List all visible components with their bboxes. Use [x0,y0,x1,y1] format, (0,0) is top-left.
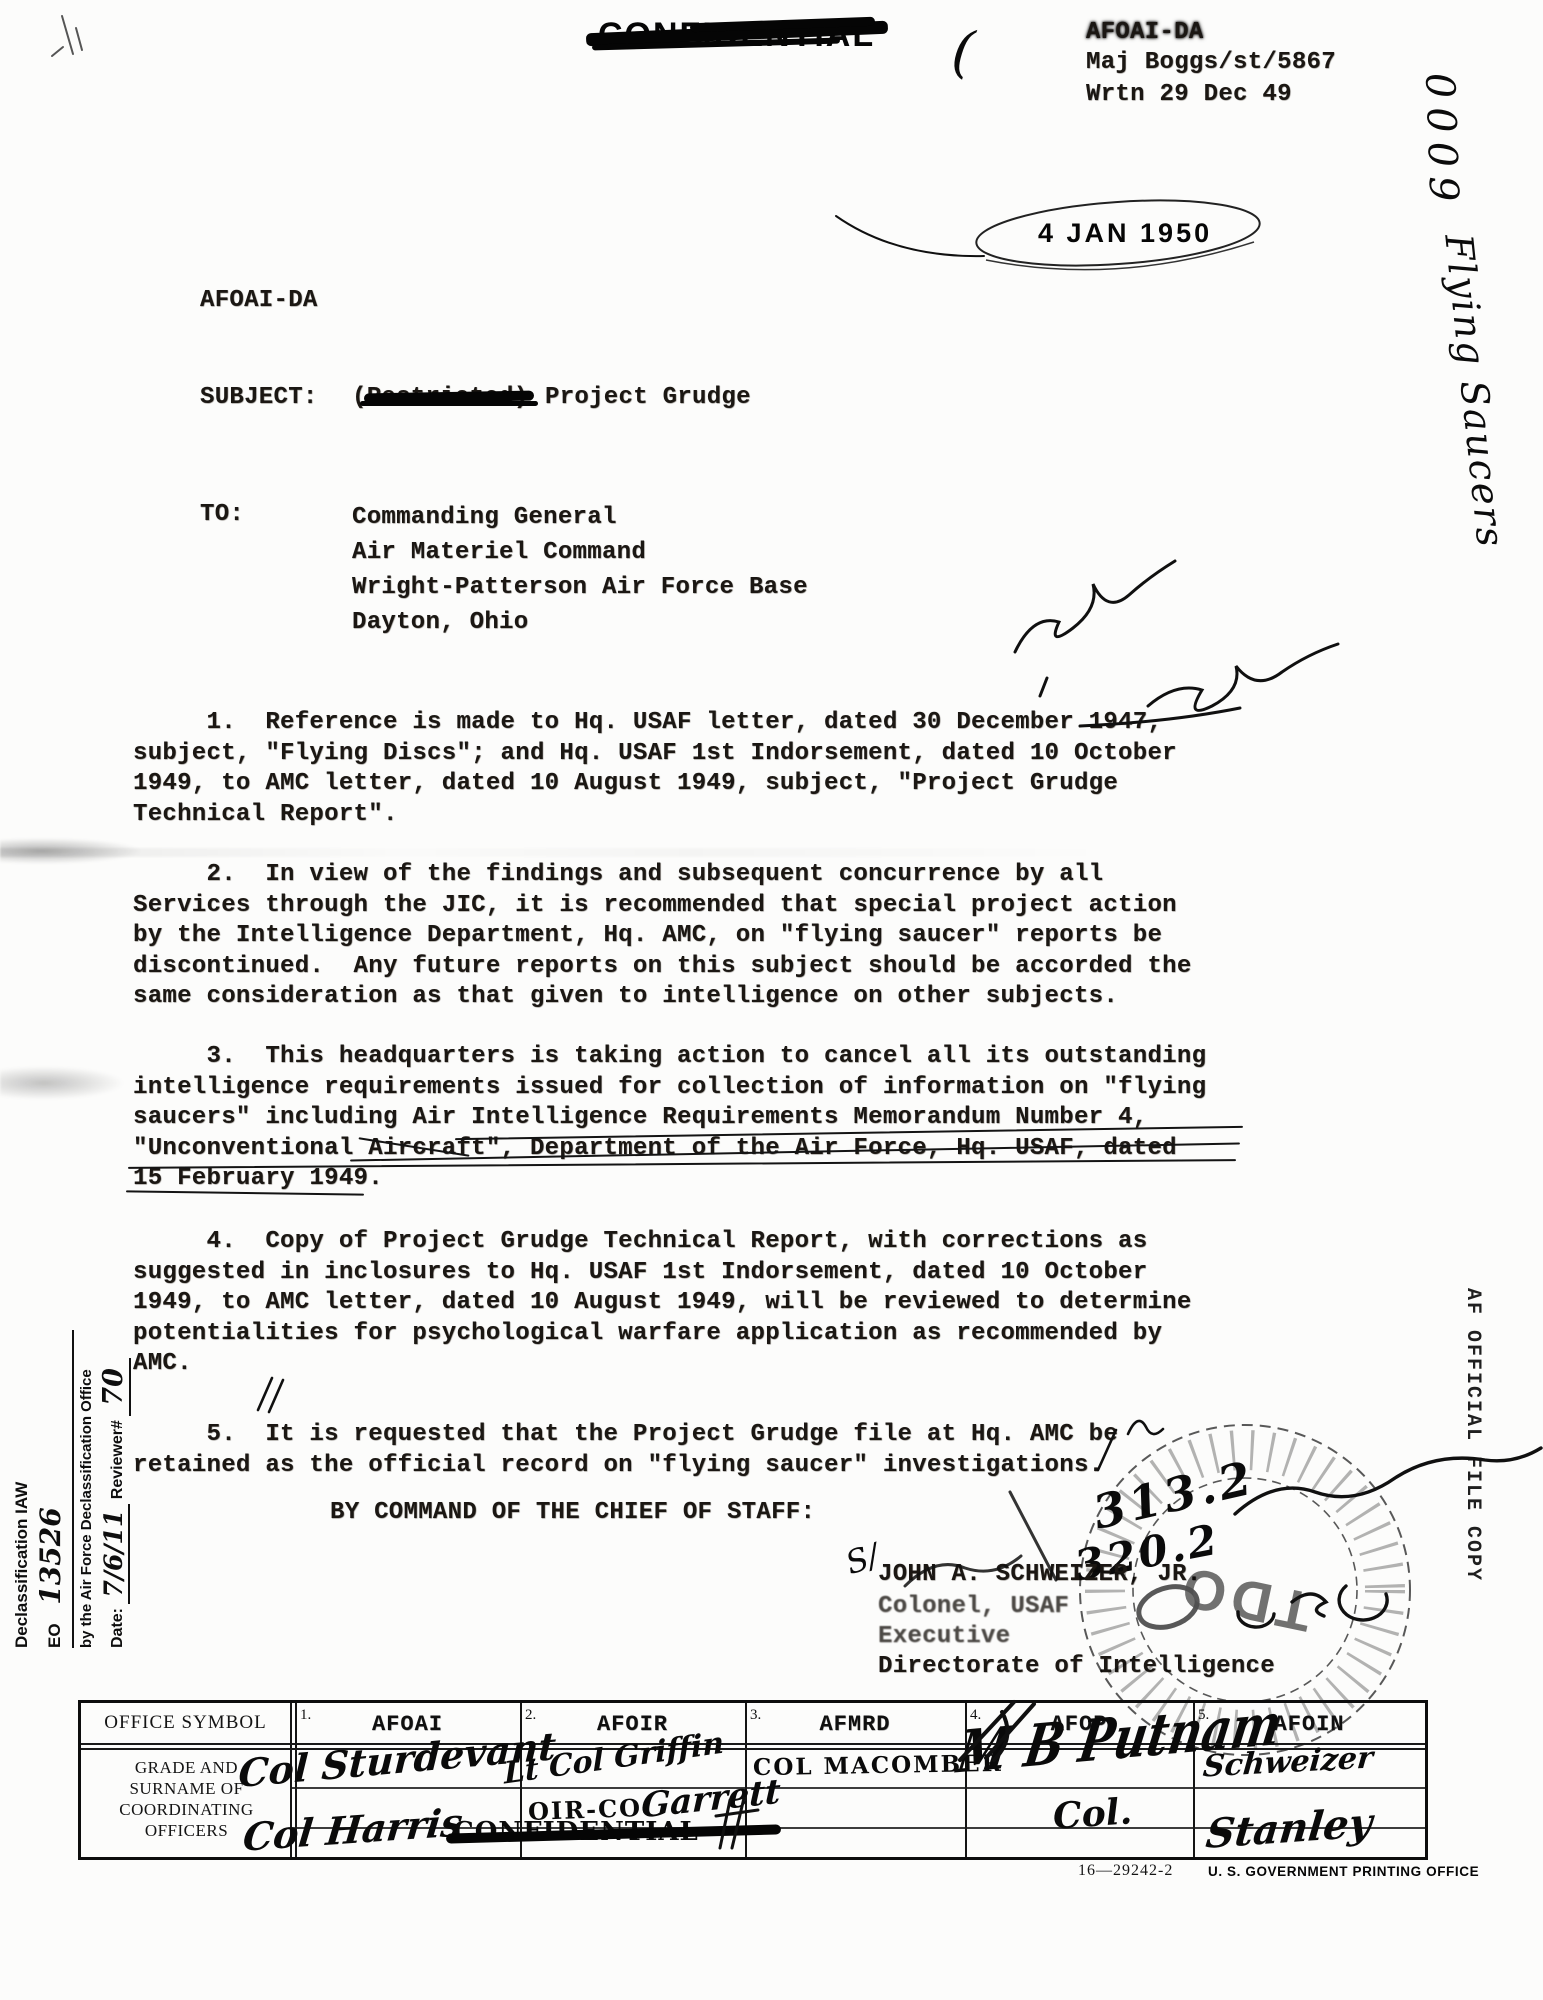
scrawl-stamp-cursive [1235,1448,1541,1627]
scrawl-put-folder [1015,561,1175,652]
document-page: CONFIDENTIAL AFOAI-DA Maj Boggs/st/5867 … [0,0,1543,2000]
scrawl-para5-marks [258,1378,1163,1470]
handwritten-scrawls [0,0,1543,2000]
scrawl-file-note [1040,644,1338,726]
scrawl-afmrd-hash [716,1798,758,1848]
scrawl-date-swoosh [836,216,984,256]
scrawl-over-signature [905,1492,1056,1586]
scrawl-afop-header [960,1702,1034,1760]
pencil-marks-top-left [52,16,82,56]
